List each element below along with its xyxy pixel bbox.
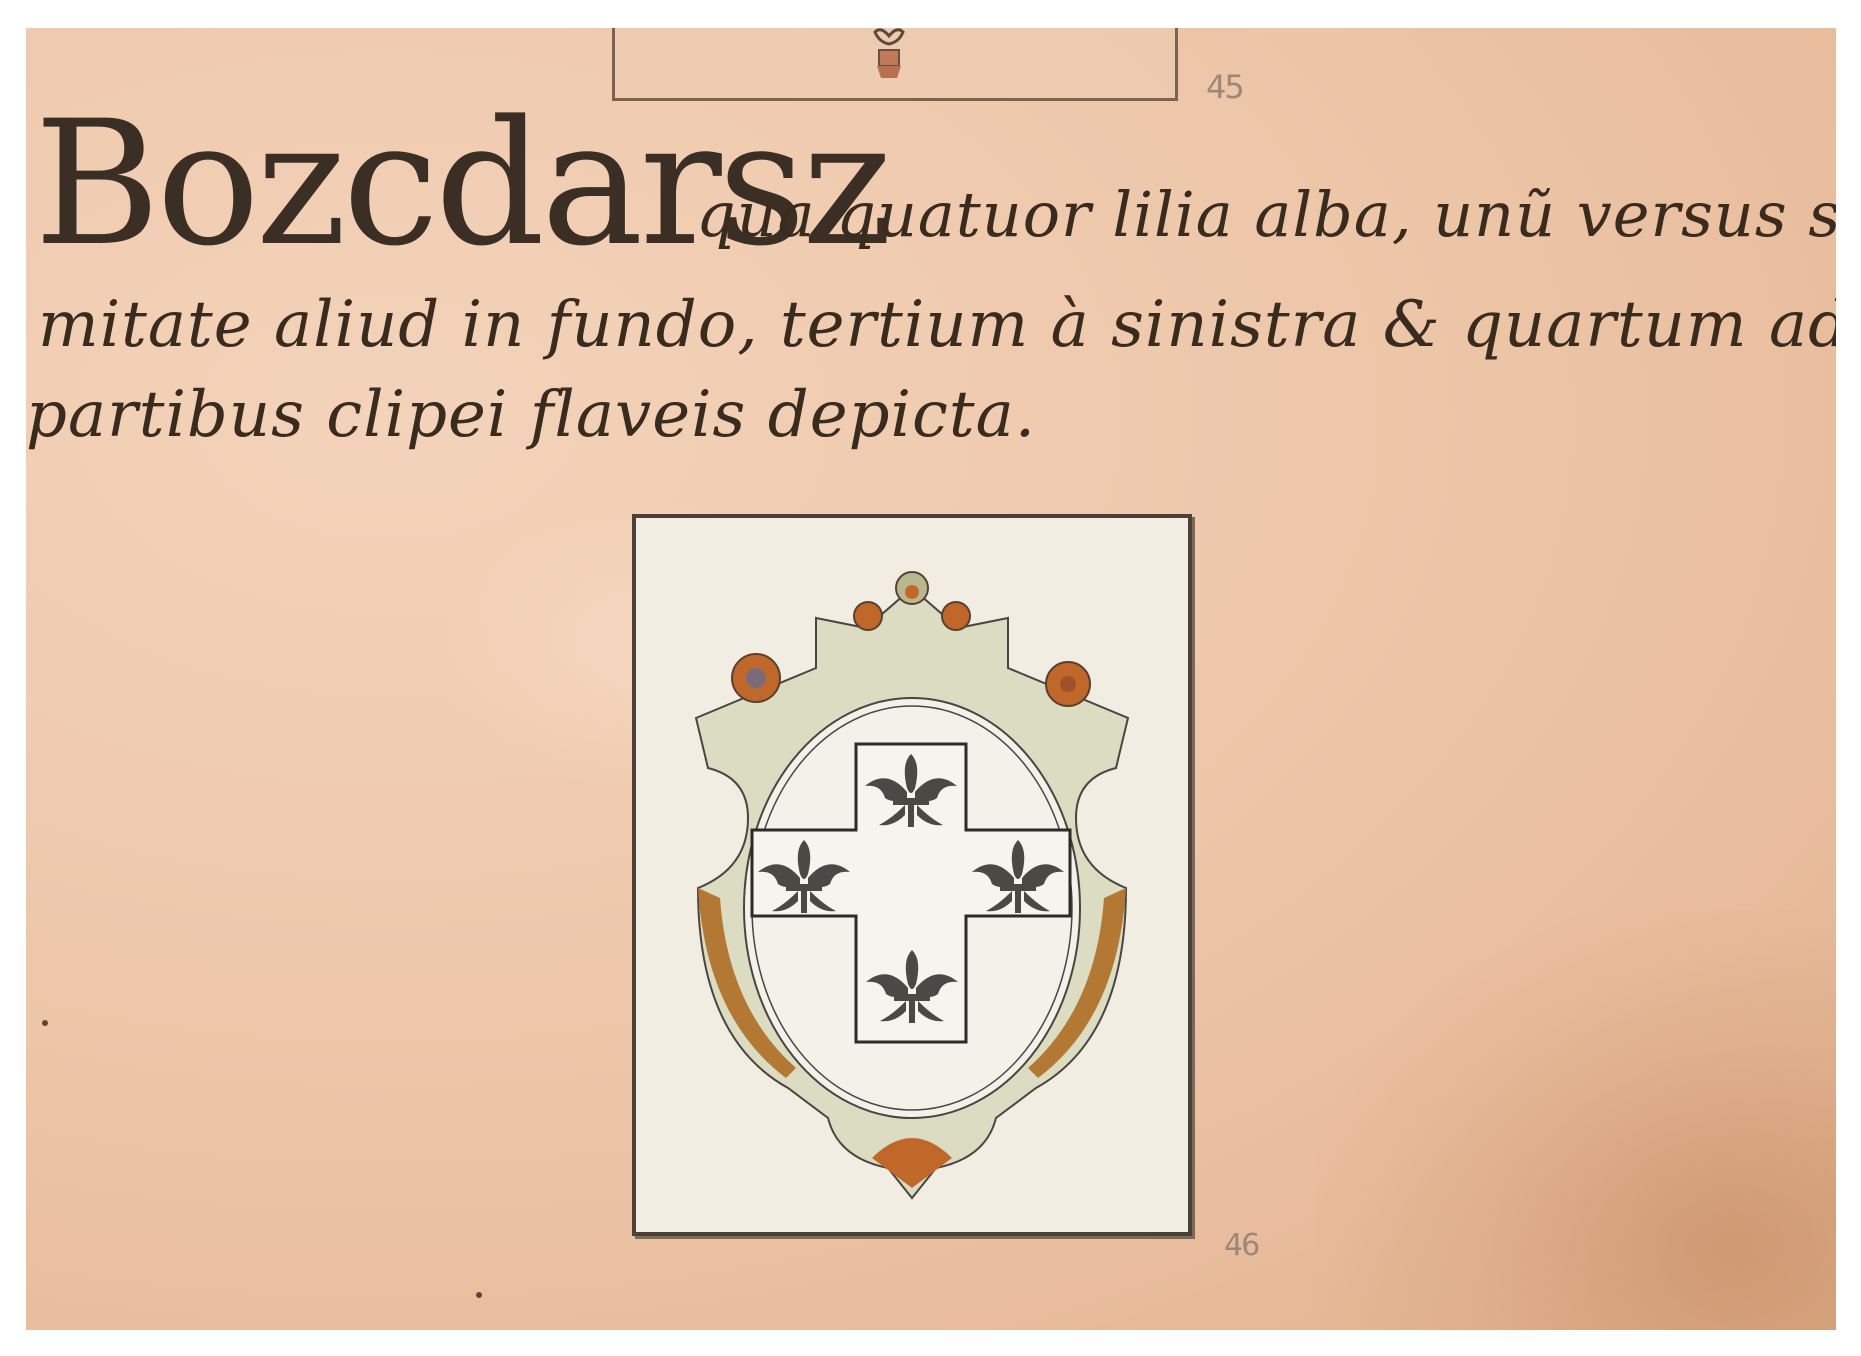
blazon-line-3: partibus clipei flaveis depicta.: [26, 378, 1036, 452]
blazon-line-2: mitate aliud in fundo, tertium à sinist…: [38, 288, 1836, 362]
folio-number-bottom: 46: [1224, 1228, 1258, 1263]
crown-ornament-icon: [867, 28, 911, 88]
ink-speck: [476, 1292, 482, 1298]
folio-number-top: 45: [1206, 68, 1243, 106]
coat-of-arms-illustration: [636, 518, 1188, 1232]
blazon-line-1: qua quatuor lilia alba, unũ versus su-: [696, 178, 1836, 251]
ink-speck: [42, 1020, 48, 1026]
manuscript-page: 45 Bozcdarsz qua quatuor lilia alba, unu…: [26, 28, 1836, 1330]
coat-of-arms-frame: [632, 514, 1192, 1236]
parchment-stain: [1316, 910, 1836, 1330]
